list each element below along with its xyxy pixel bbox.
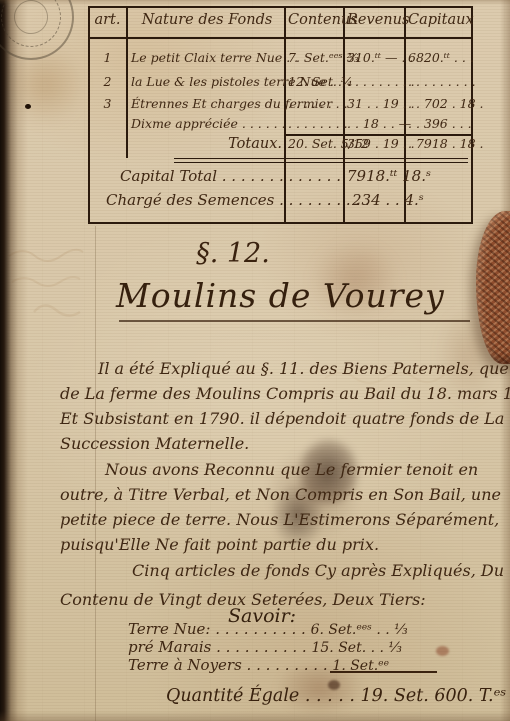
row-capitaux: . . 396 . . . — [408, 116, 472, 136]
row-nature: Le petit Claix terre Nue . . — [131, 50, 283, 70]
row-revenus: 31 . . 19 . . — [347, 96, 403, 116]
row-art: 1 — [90, 50, 125, 70]
table-divider — [126, 8, 128, 158]
item-name: pré Marais . . . . . . . . . . — [128, 638, 307, 656]
list-item: pré Marais . . . . . . . . . . 15. Set. … — [128, 639, 408, 657]
text-line: petite piece de terre. Nous L'Estimerons… — [60, 507, 480, 532]
item-name: Terre à Noyers . . . . . . . . . — [128, 656, 328, 674]
row-art: 3 — [90, 96, 125, 116]
quantity-label: Quantité Égale . . . . . — [166, 686, 355, 706]
capital-total-value: 7918.ᵗᵗ 18.ˢ — [347, 167, 467, 187]
row-capitaux: 6820.ᵗᵗ . . . — [408, 50, 472, 70]
row-art: 2 — [90, 74, 125, 94]
totals-contenus: 20. Set. 5/12 — [288, 136, 342, 156]
semences-label: Chargé des Semences . . . . . . . . . . — [106, 191, 346, 211]
totals-capitaux: . 7918 . 18 . — [408, 136, 472, 156]
row-nature: la Lue & les pistoles terre Nue . . — [131, 74, 283, 94]
text-line: Cinq articles de fonds Cy après Expliqué… — [60, 556, 480, 585]
paragraph: Il a été Expliqué au §. 11. des Biens Pa… — [60, 356, 480, 456]
binding-shadow — [0, 0, 28, 721]
row-contenus: . . . . . . . . — [288, 96, 342, 116]
row-revenus: . . 18 . . — — [347, 116, 403, 136]
row-capitaux: . . 702 . 18 . — [408, 96, 472, 116]
header-rule — [90, 37, 471, 39]
row-contenus: 7. Set.ᵉᵉˢ ⅔ — [288, 50, 342, 70]
list-item: Terre Nue: . . . . . . . . . . 6. Set.ᵉᵉ… — [128, 621, 408, 639]
totals-label: Totaux. — [188, 136, 282, 156]
ribbon-bookmark — [476, 211, 510, 364]
col-header-contenus: Contenus — [288, 12, 342, 32]
row-capitaux: . . . . . . . . . — [408, 74, 472, 94]
quantity-value: 19. Set. 600. T.ᵉˢ — [360, 686, 506, 706]
item-value: 15. Set. . . ⅓ — [311, 640, 402, 656]
row-contenus: 12. Set. ¾ — [288, 74, 342, 94]
row-nature: Dixme appréciée . . . . . . — [131, 116, 283, 136]
row-revenus: . . . . . . . . . — [347, 74, 403, 94]
item-name: Terre Nue: . . . . . . . . . . — [128, 620, 306, 638]
text-line: puisqu'Elle Ne fait point partie du prix… — [60, 532, 480, 557]
totals-revenus: 359 . 19 . . — [347, 136, 403, 156]
capital-total-label: Capital Total . . . . . . . . . . . . . — [120, 167, 350, 187]
col-header-revenus: Revenus — [347, 12, 403, 32]
page-edge — [0, 711, 510, 721]
accounts-table: art. Nature des Fonds Contenus Revenus C… — [88, 6, 473, 224]
text-line: de La ferme des Moulins Compris au Bail … — [60, 381, 480, 406]
page-edge — [0, 0, 510, 5]
sum-underline — [330, 671, 437, 673]
row-contenus: . . . . . . . . — [288, 116, 342, 136]
text-line: Et Subsistant en 1790. il dépendoit quat… — [60, 406, 480, 431]
paragraph: Nous avons Reconnu que Le fermier tenoit… — [60, 457, 480, 557]
text-line: Succession Maternelle. — [60, 431, 480, 456]
quantity-total: Quantité Égale . . . . . 19. Set. 600. T… — [166, 686, 506, 706]
text-line: outre, à Titre Verbal, et Non Compris en… — [60, 482, 480, 507]
col-header-art: art. — [90, 12, 125, 32]
page-title: Moulins de Vourey — [116, 276, 445, 315]
wax-spot — [436, 646, 449, 656]
manuscript-page: art. Nature des Fonds Contenus Revenus C… — [0, 0, 510, 721]
item-value: 6. Set.ᵉᵉˢ . . ⅓ — [311, 622, 408, 638]
section-number: §. 12. — [178, 238, 288, 269]
row-art — [90, 116, 125, 136]
table-divider — [404, 8, 406, 222]
col-header-capitaux: Capitaux — [408, 12, 472, 32]
double-rule — [174, 158, 468, 163]
land-list: Terre Nue: . . . . . . . . . . 6. Set.ᵉᵉ… — [128, 621, 408, 675]
table-divider — [284, 8, 286, 222]
row-revenus: 310.ᵗᵗ — . . — [347, 50, 403, 70]
semences-value: 234 . . 4.ˢ — [352, 191, 467, 211]
table-divider — [343, 8, 345, 222]
row-nature: Étrennes Et charges du fermier — [131, 96, 283, 116]
text-line: Il a été Expliqué au §. 11. des Biens Pa… — [60, 356, 480, 381]
title-underline — [119, 320, 470, 322]
col-header-nature: Nature des Fonds — [131, 12, 283, 32]
text-line: Nous avons Reconnu que Le fermier tenoit… — [60, 457, 480, 482]
